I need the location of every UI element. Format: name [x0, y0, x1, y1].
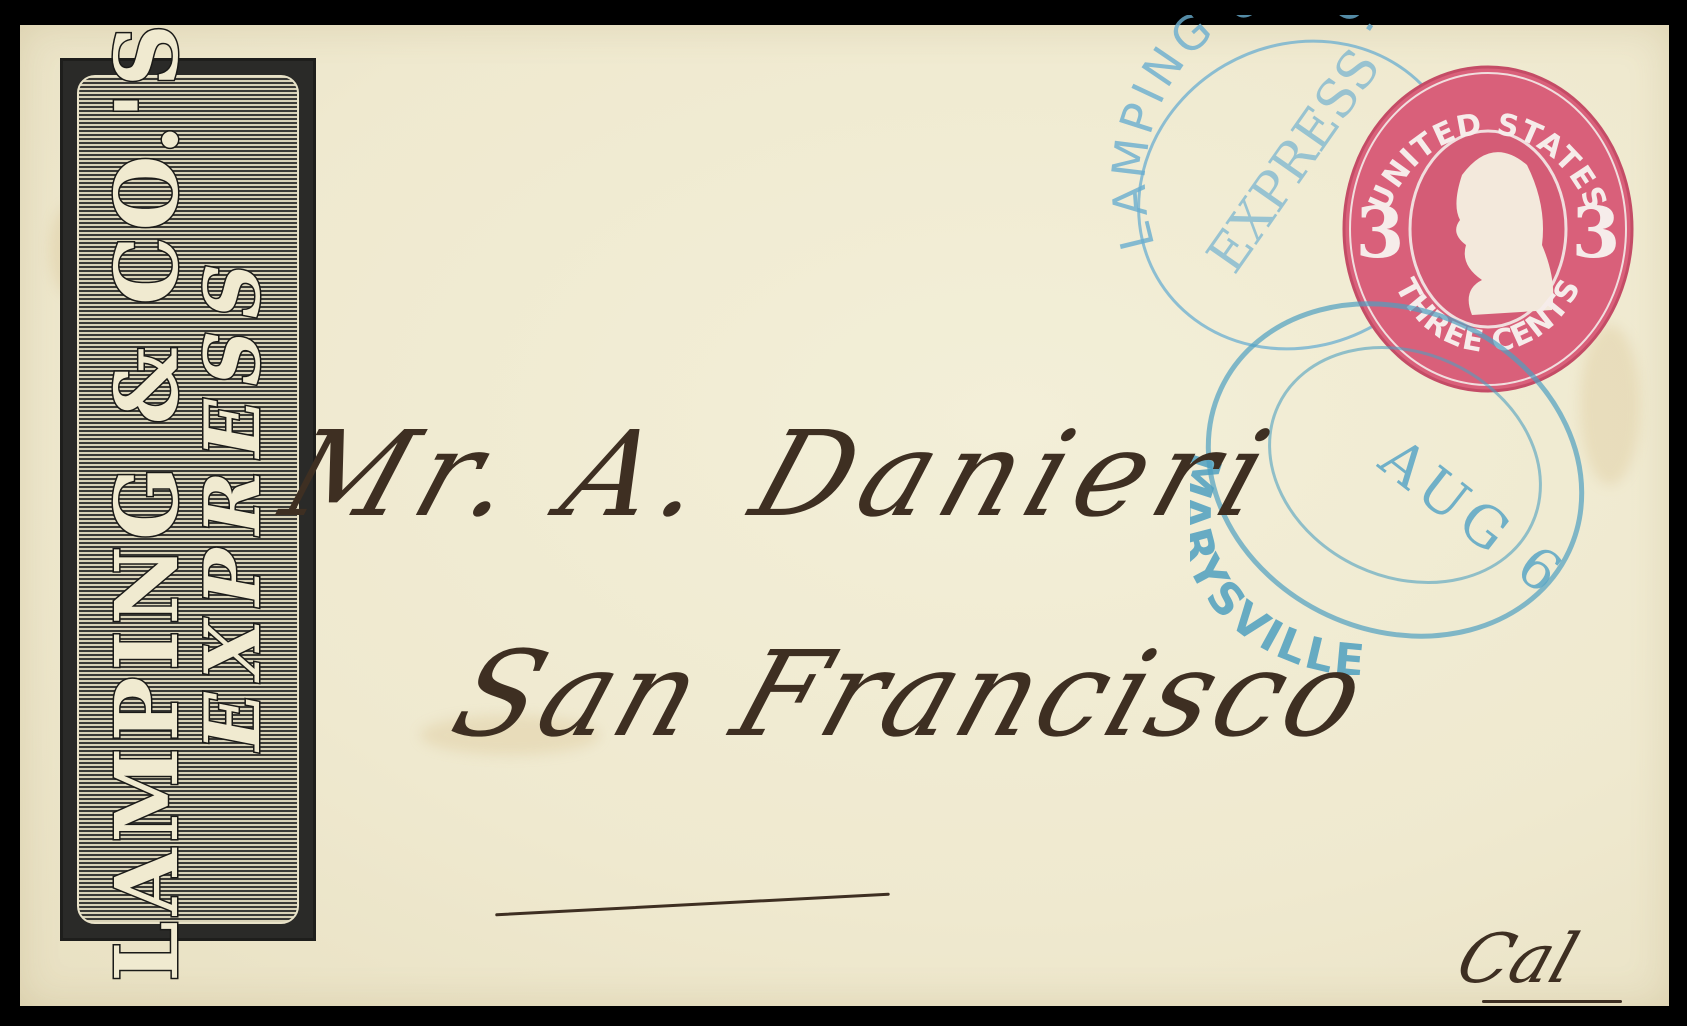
- express-label: LAMPING & CO.'S EXPRESS: [60, 58, 316, 941]
- address-name: Mr. A. Danieri: [268, 405, 1295, 543]
- indicia-value-left: 3: [1356, 191, 1405, 274]
- address-state: Cal: [1447, 920, 1587, 999]
- indicia-value-right: 3: [1572, 191, 1621, 274]
- express-label-express: EXPRESS: [193, 18, 273, 982]
- city-underline: [495, 893, 890, 917]
- express-label-company: LAMPING & CO.'S: [103, 18, 193, 982]
- address-city: San Francisco: [438, 625, 1386, 763]
- state-underline: [1482, 1000, 1622, 1003]
- envelope: LAMPING & CO.'S EXPRESS LAMPING & CO. EX…: [20, 25, 1669, 1006]
- town-postmark-date: AUG 6: [1367, 425, 1578, 610]
- express-label-text: LAMPING & CO.'S EXPRESS: [103, 18, 273, 982]
